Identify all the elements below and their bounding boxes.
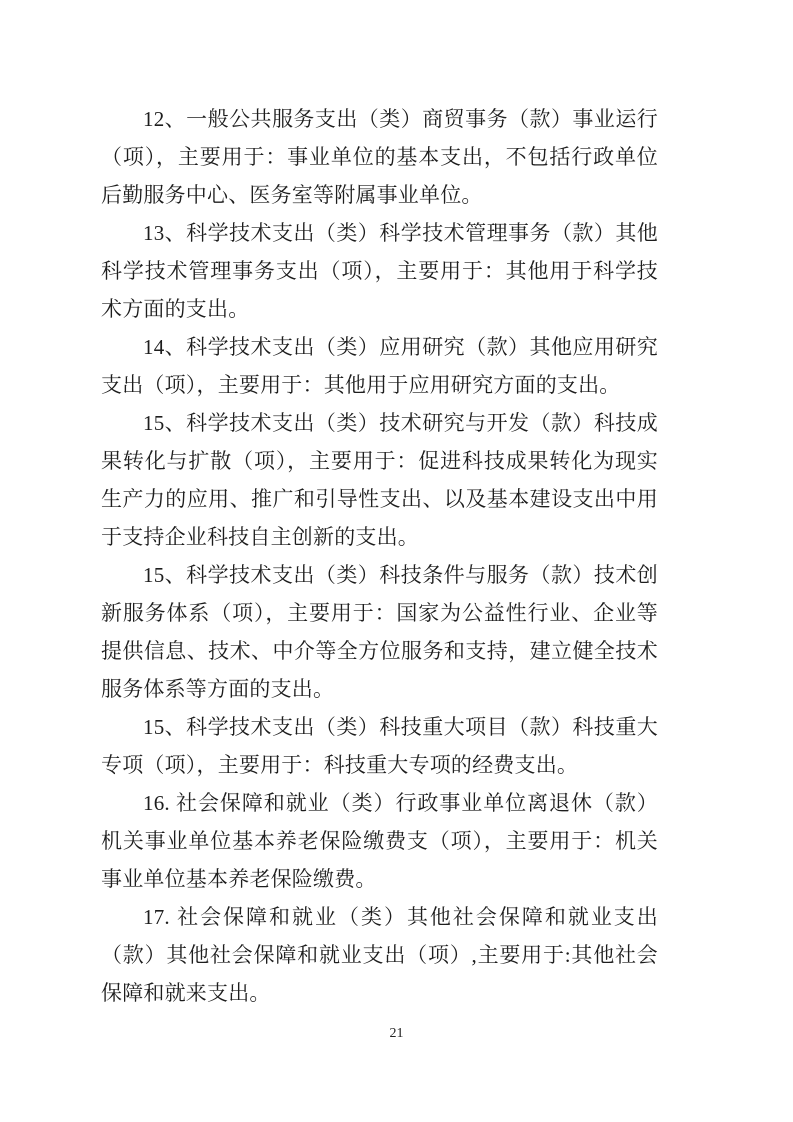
page-footer: 21 (0, 1024, 793, 1042)
paragraph-14: 14、科学技术支出（类）应用研究（款）其他应用研究支出（项），主要用于：其他用于… (101, 328, 658, 404)
paragraph-17: 17. 社会保障和就业（类）其他社会保障和就业支出（款）其他社会保障和就业支出（… (101, 898, 658, 1012)
page-body-text: 12、一般公共服务支出（类）商贸事务（款）事业运行（项），主要用于：事业单位的基… (101, 100, 658, 1012)
paragraph-15c: 15、科学技术支出（类）科技重大项目（款）科技重大专项（项），主要用于：科技重大… (101, 708, 658, 784)
paragraph-15b: 15、科学技术支出（类）科技条件与服务（款）技术创新服务体系（项），主要用于：国… (101, 556, 658, 708)
paragraph-12: 12、一般公共服务支出（类）商贸事务（款）事业运行（项），主要用于：事业单位的基… (101, 100, 658, 214)
paragraph-16: 16. 社会保障和就业（类）行政事业单位离退休（款）机关事业单位基本养老保险缴费… (101, 784, 658, 898)
paragraph-13: 13、科学技术支出（类）科学技术管理事务（款）其他科学技术管理事务支出（项），主… (101, 214, 658, 328)
paragraph-15a: 15、科学技术支出（类）技术研究与开发（款）科技成果转化与扩散（项），主要用于：… (101, 404, 658, 556)
page-number: 21 (390, 1026, 404, 1041)
document-page: 12、一般公共服务支出（类）商贸事务（款）事业运行（项），主要用于：事业单位的基… (0, 0, 793, 1122)
